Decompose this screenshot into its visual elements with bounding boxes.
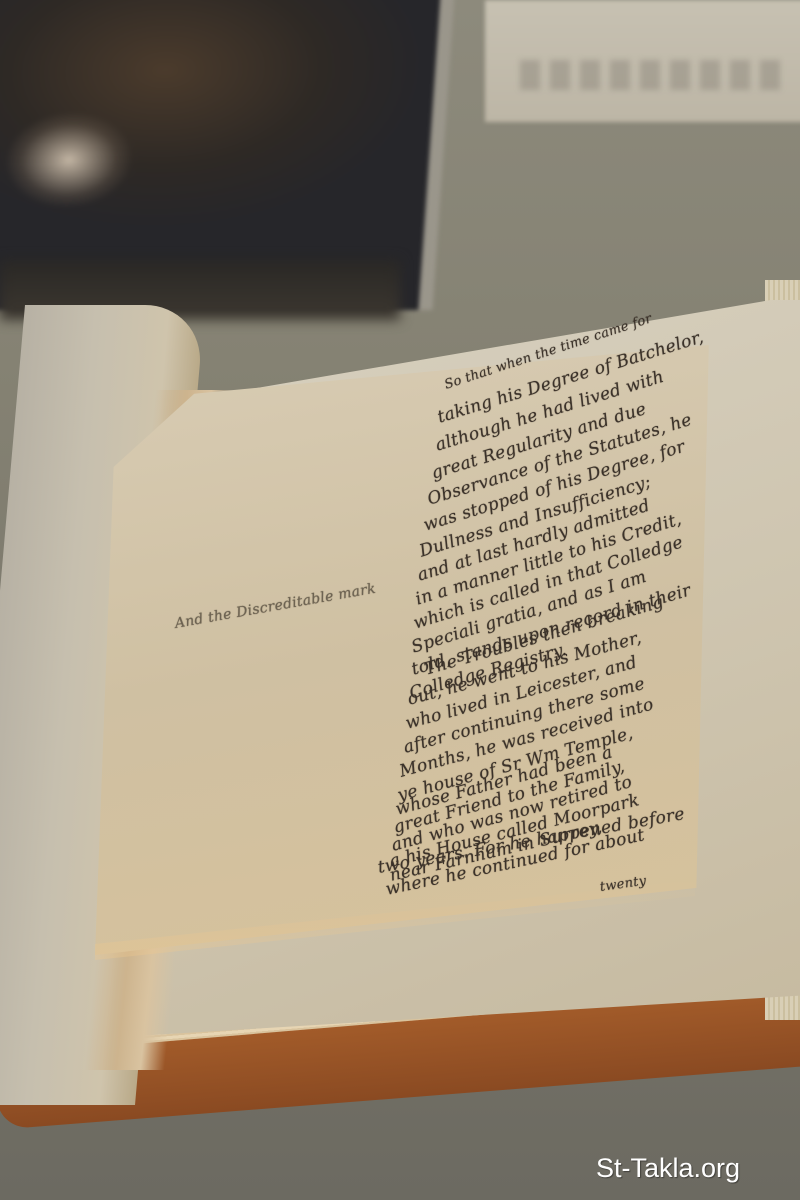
plaque-text-blur [520, 60, 780, 90]
watermark-text: St-Takla.org [596, 1153, 740, 1184]
photo-scene: So that when the time came for taking hi… [0, 0, 800, 1200]
